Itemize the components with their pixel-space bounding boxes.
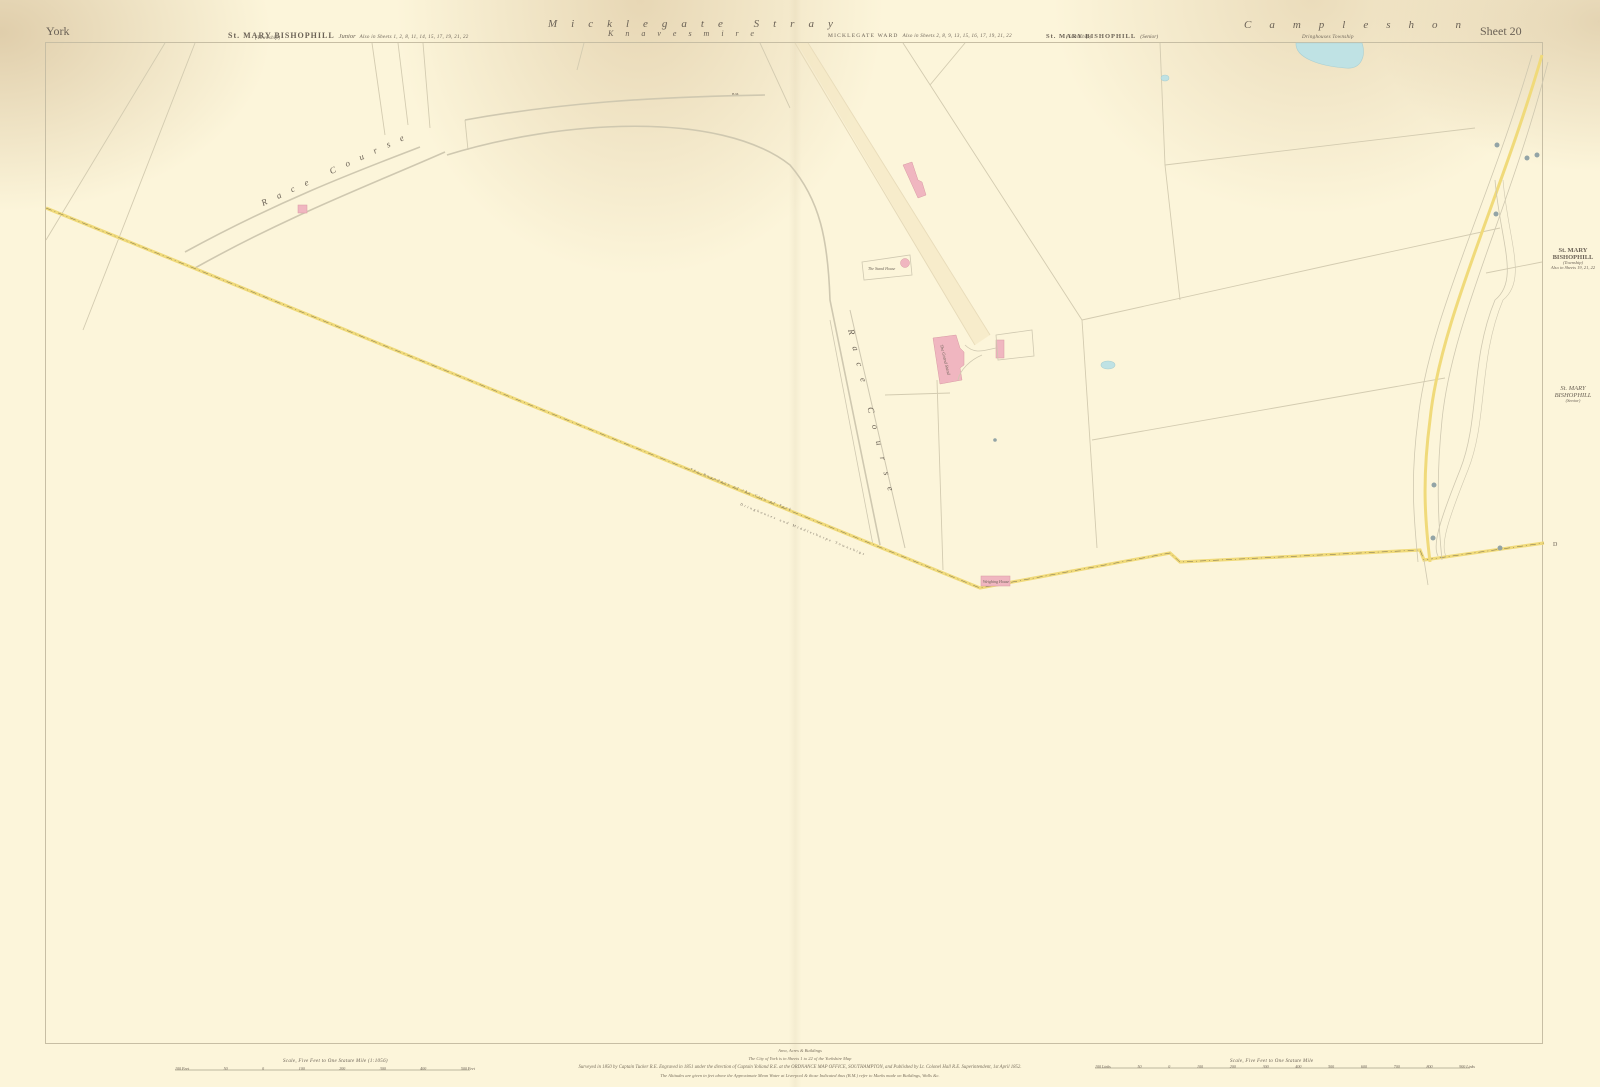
margin-parish-name-2: St. MARY BISHOPHILL (1555, 385, 1592, 399)
margin-parish-label-1: St. MARY BISHOPHILL (Township) Also in S… (1546, 247, 1600, 271)
race-course-track (185, 95, 905, 548)
map-canvas: Race Course Race Course The Grand Stand … (0, 0, 1600, 1087)
stand-house-round (901, 259, 910, 268)
building-race-course (298, 205, 307, 213)
margin-parish-name-1: St. MARY BISHOPHILL (1553, 247, 1594, 261)
label-boundary-lower: Dringhouses and Middlethorpe Townships (740, 502, 867, 556)
footer-note-area: Area, Acres & Buildings (0, 1048, 1600, 1053)
margin-parish-detail-1: Also in Sheets 19, 21, 22 (1546, 266, 1600, 271)
city-boundary-line (46, 208, 1544, 588)
field-boundaries (46, 43, 1542, 570)
footer-note-imprint: Surveyed in 1850 by Captain Tucker R.E. … (0, 1065, 1600, 1070)
building-north (903, 162, 926, 198)
road-surface (797, 43, 990, 345)
ponds (1101, 43, 1363, 369)
label-corner-letter: D (1553, 542, 1558, 548)
buildings (298, 162, 1010, 586)
footer-note-sheets: The City of York is in Sheets 1 to 22 of… (0, 1056, 1600, 1061)
label-stand-house: The Stand House (868, 266, 896, 271)
eastern-boundary-road (1413, 55, 1548, 585)
neat-line-frame (46, 43, 1543, 1044)
label-weighing-house: Weighing House (983, 579, 1009, 584)
trees (993, 143, 1539, 551)
label-bench-mark: B.M. (732, 92, 739, 96)
footer-note-altitudes: The Altitudes are given in feet above th… (0, 1073, 1600, 1078)
margin-parish-label-2: St. MARY BISHOPHILL (Senior) (1546, 385, 1600, 404)
margin-parish-sub-2: (Senior) (1546, 399, 1600, 404)
pond-large (1296, 43, 1363, 68)
label-race-course-upper: Race Course (259, 128, 416, 208)
